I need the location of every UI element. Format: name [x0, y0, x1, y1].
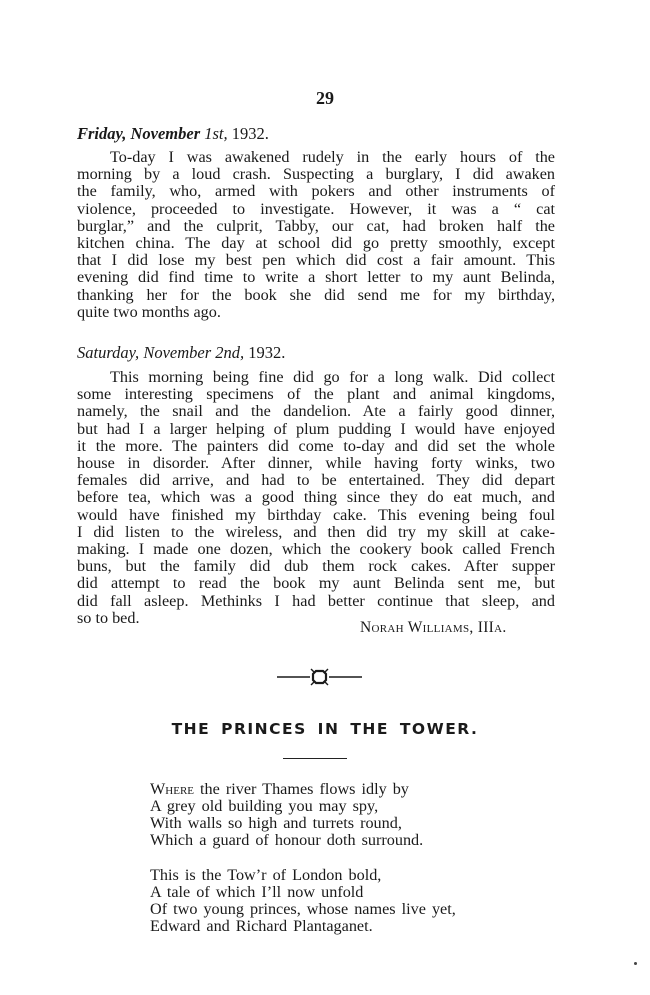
ordinal-text: 1st, [204, 124, 227, 143]
text-line: before tea, which was a good thing since… [77, 489, 555, 506]
entry-ordinal: 1st, [204, 124, 227, 143]
poem-stanza-2: This is the Tow’r of London bold, A tale… [150, 867, 456, 935]
poem-line: With walls so high and turrets round, [150, 815, 423, 832]
page-number: 29 [0, 88, 650, 109]
poem-line: This is the Tow’r of London bold, [150, 867, 456, 884]
poem-title: THE PRINCES IN THE TOWER. [0, 720, 650, 738]
text-line: buns, but the family did dub them rock c… [77, 558, 555, 575]
entry-body-saturday: This morning being fine did go for a lon… [77, 369, 555, 627]
author-signature: Norah Williams, IIIa. [360, 619, 507, 637]
poem-first-word: Where [150, 780, 194, 798]
text-line: quite two months ago. [77, 304, 555, 321]
text-line: I did listen to the wireless, and then d… [77, 524, 555, 541]
text-line: did attempt to read the book my aunt Bel… [77, 575, 555, 592]
entry-day: Saturday, [77, 343, 139, 362]
entry-heading-friday: Friday, November 1st, 1932. [77, 124, 269, 144]
fleuron-divider-icon [277, 667, 362, 687]
text-line: some interesting specimens of the plant … [77, 386, 555, 403]
text-line: the family, who, armed with pokers and o… [77, 183, 555, 200]
text-line: burglar,” and the culprit, Tabby, our ca… [77, 218, 555, 235]
text-line: it the more. The painters did come to-da… [77, 438, 555, 455]
text-line: females did arrive, and had to be entert… [77, 472, 555, 489]
entry-body-friday: To-day I was awakened rudely in the earl… [77, 149, 555, 321]
paper-speck [634, 962, 637, 965]
text-line: namely, the snail and the dandelion. Ate… [77, 403, 555, 420]
entry-heading-saturday: Saturday, November 2nd, 1932. [77, 343, 285, 363]
text-line: house in disorder. After dinner, while h… [77, 455, 555, 472]
text-line: morning by a loud crash. Suspecting a bu… [77, 166, 555, 183]
entry-month: November [143, 343, 211, 362]
poem-line: Which a guard of honour doth surround. [150, 832, 423, 849]
document-page: 29 Friday, November 1st, 1932. To-day I … [0, 0, 650, 995]
entry-ordinal: 2nd, [215, 343, 244, 362]
poem-line: A tale of which I’ll now unfold [150, 884, 456, 901]
entry-month: November [130, 124, 200, 143]
poem-line-rest: the river Thames flows idly by [194, 780, 409, 798]
text-line: that I did lose my best pen which did co… [77, 252, 555, 269]
text-line: This morning being fine did go for a lon… [77, 369, 555, 386]
text-line: To-day I was awakened rudely in the earl… [77, 149, 555, 166]
text-line: violence, proceeded to investigate. Howe… [77, 201, 555, 218]
text-line: evening did find time to write a short l… [77, 269, 555, 286]
title-rule-divider [283, 758, 347, 759]
text-line: thanking her for the book she did send m… [77, 287, 555, 304]
poem-line: Of two young princes, whose names live y… [150, 901, 456, 918]
text-line: kitchen china. The day at school did go … [77, 235, 555, 252]
poem-stanza-1: Where the river Thames flows idly by A g… [150, 781, 423, 849]
poem-line: A grey old building you may spy, [150, 798, 423, 815]
entry-year: 1932. [232, 124, 269, 143]
entry-day: Friday, [77, 124, 126, 143]
text-line: making. I made one dozen, which the cook… [77, 541, 555, 558]
text-line: but had I a larger helping of plum puddi… [77, 421, 555, 438]
poem-line: Edward and Richard Plantaganet. [150, 918, 456, 935]
text-line: would have finished my birthday cake. Th… [77, 507, 555, 524]
text-line: did fall asleep. Methinks I had better c… [77, 593, 555, 610]
poem-line: Where the river Thames flows idly by [150, 781, 423, 798]
entry-year: 1932. [248, 343, 285, 362]
